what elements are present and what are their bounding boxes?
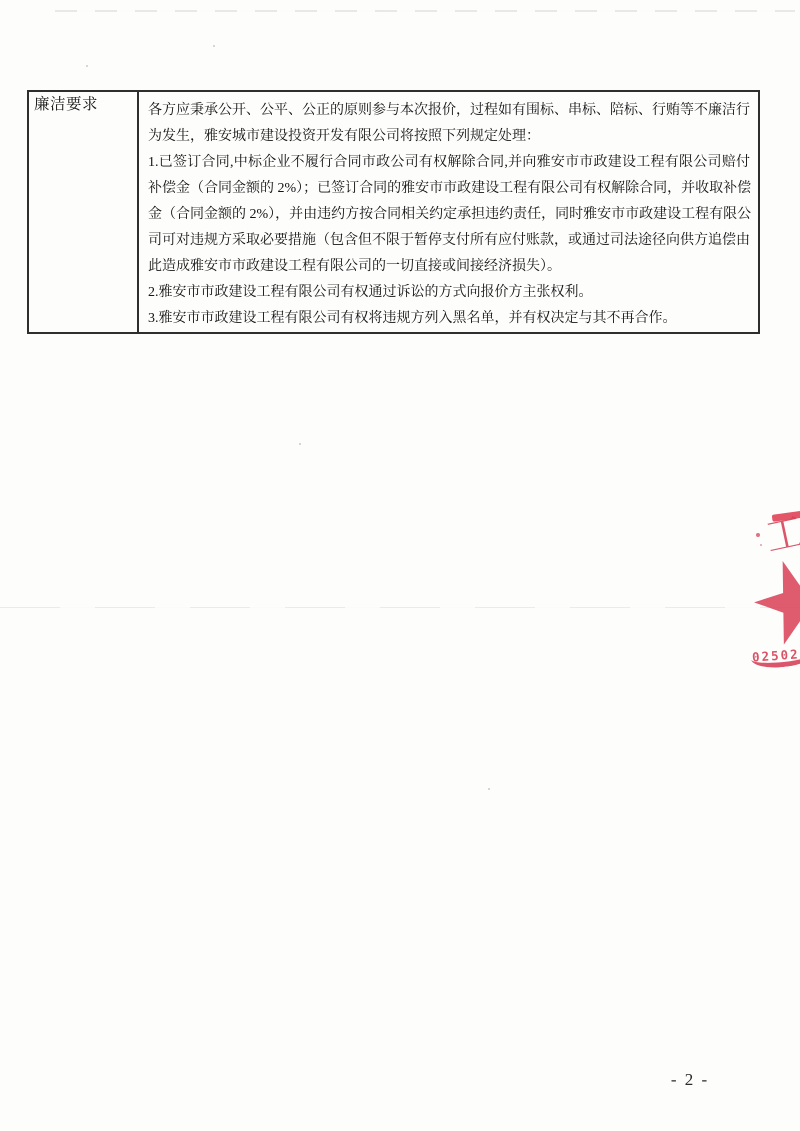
content-line: 3.雅安市市政建设工程有限公司有权将违规方列入黑名单，并有权决定与其不再合作。 bbox=[148, 306, 750, 332]
seal-border-arc bbox=[750, 642, 800, 671]
content-line: 1.已签订合同,中标企业不履行合同市政公司有权解除合同,并向雅安市市政建设工程有… bbox=[148, 150, 750, 176]
scan-speck bbox=[86, 65, 88, 67]
scan-artifact-top-line bbox=[55, 10, 795, 12]
scan-speck bbox=[488, 788, 490, 790]
table-content-lines: 各方应秉承公开、公平、公正的原则参与本次报价，过程如有围标、串标、陪标、行贿等不… bbox=[148, 98, 750, 332]
row-header-cell: 廉洁要求 bbox=[28, 91, 138, 333]
content-line: 各方应秉承公开、公平、公正的原则参与本次报价，过程如有围标、串标、陪标、行贿等不… bbox=[148, 98, 750, 124]
integrity-requirements-table: 廉洁要求 各方应秉承公开、公平、公正的原则参与本次报价，过程如有围标、串标、陪标… bbox=[27, 90, 760, 334]
content-line: 2.雅安市市政建设工程有限公司有权通过诉讼的方式向报价方主张权利。 bbox=[148, 280, 750, 306]
official-seal-stamp-fragment: 工 02502 bbox=[748, 505, 800, 685]
content-line: 此造成雅安市市政建设工程有限公司的一切直接或间接经济损失）。 bbox=[148, 254, 750, 280]
content-line: 司可对违规方采取必要措施（包含但不限于暂停支付所有应付账款，或通过司法途径向供方… bbox=[148, 228, 750, 254]
seal-ink-dots bbox=[756, 533, 760, 537]
seal-partial-character: 工 bbox=[762, 510, 800, 561]
seal-character-stroke bbox=[772, 509, 800, 522]
row-header-label: 廉洁要求 bbox=[34, 96, 98, 113]
seal-star-icon bbox=[748, 549, 800, 650]
content-line: 为发生，雅安城市建设投资开发有限公司将按照下列规定处理： bbox=[148, 124, 750, 150]
scan-speck bbox=[213, 45, 215, 47]
row-content-cell: 各方应秉承公开、公平、公正的原则参与本次报价，过程如有围标、串标、陪标、行贿等不… bbox=[138, 91, 759, 333]
seal-serial-number: 02502 bbox=[752, 646, 800, 664]
content-line: 补偿金（合同金额的 2%）；已签订合同的雅安市市政建设工程有限公司有权解除合同，… bbox=[148, 176, 750, 202]
scan-speck bbox=[299, 443, 301, 445]
content-line: 金（合同金额的 2%），并由违约方按合同相关约定承担违约责任，同时雅安市市政建设… bbox=[148, 202, 750, 228]
page-number: - 2 - bbox=[655, 1070, 725, 1090]
scan-artifact-mid-line bbox=[0, 607, 800, 608]
scanned-document-page: 廉洁要求 各方应秉承公开、公平、公正的原则参与本次报价，过程如有围标、串标、陪标… bbox=[0, 0, 800, 1131]
table-row: 廉洁要求 各方应秉承公开、公平、公正的原则参与本次报价，过程如有围标、串标、陪标… bbox=[28, 91, 759, 333]
